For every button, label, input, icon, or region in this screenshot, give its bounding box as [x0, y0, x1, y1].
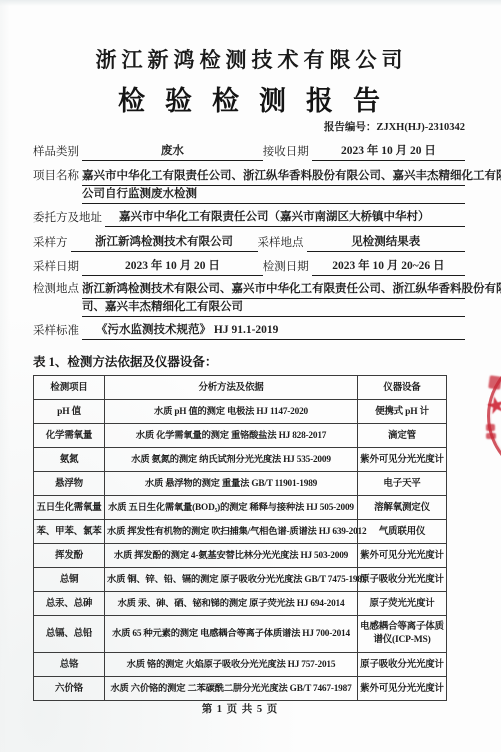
sampling-standard-label: 采样标准 — [33, 323, 82, 340]
table-row: 悬浮物水质 悬浮物的测定 重量法 GB/T 11901-1989电子天平 — [34, 472, 447, 496]
field-row-test-site: 检测地点 浙江新鸿检测技术有限公司、嘉兴市中华化工有限责任公司、浙江纵华香料股份… — [33, 281, 465, 317]
equipment: 便携式 pH 计 — [358, 400, 447, 424]
test-item: 总铬 — [34, 653, 105, 677]
table-row: 挥发酚水质 挥发酚的测定 4-氨基安替比林分光光度法 HJ 503-2009紫外… — [34, 544, 447, 568]
project-name-label: 项目名称 — [33, 168, 82, 185]
test-item: 化学需氧量 — [34, 424, 105, 448]
seal-text-blur — [486, 424, 495, 431]
page-footer: 第 1 页 共 5 页 — [0, 701, 480, 716]
test-site-line1: 浙江新鸿检测技术有限公司、嘉兴市中华化工有限责任公司、浙江纵华香料股份有限公 — [82, 281, 465, 299]
table-header-row: 检测项目 分析方法及依据 仪器设备 — [34, 376, 447, 400]
method-basis: 水质 pH 值的测定 电极法 HJ 1147-2020 — [105, 400, 358, 424]
table-row: 总汞、总砷水质 汞、砷、硒、铋和锑的测定 原子荧光法 HJ 694-2014原子… — [34, 592, 447, 616]
sampler-label: 采样方 — [33, 235, 71, 252]
table-row: 总铜水质 铜、锌、铅、镉的测定 原子吸收分光光度法 GB/T 7475-1987… — [34, 568, 447, 592]
test-item: 五日生化需氧量 — [34, 496, 105, 520]
equipment: 原子吸收分光光度计 — [358, 568, 447, 592]
project-name-line2: 公司自行监测废水检测 — [82, 186, 465, 204]
methods-equipment-table: 检测项目 分析方法及依据 仪器设备 pH 值水质 pH 值的测定 电极法 HJ … — [33, 375, 447, 701]
equipment: 电子天平 — [358, 472, 447, 496]
method-basis: 水质 化学需氧量的测定 重铬酸盐法 HJ 828-2017 — [105, 424, 358, 448]
test-item: pH 值 — [34, 400, 105, 424]
equipment: 电感耦合等离子体质谱仪(ICP-MS) — [358, 616, 447, 653]
method-basis: 水质 五日生化需氧量(BOD₅)的测定 稀释与接种法 HJ 505-2009 — [105, 496, 358, 520]
receive-date-label: 接收日期 — [263, 144, 312, 161]
project-name-value: 嘉兴市中华化工有限责任公司、浙江纵华香料股份有限公司、嘉兴丰杰精细化工有限 公司… — [82, 168, 465, 204]
seal-text-blur — [488, 375, 501, 390]
project-name-line1: 嘉兴市中华化工有限责任公司、浙江纵华香料股份有限公司、嘉兴丰杰精细化工有限 — [82, 168, 465, 186]
equipment: 紫外可见分光光度计 — [358, 544, 447, 568]
client-value: 嘉兴市中华化工有限责任公司（嘉兴市南湖区大桥镇中华村） — [105, 209, 465, 227]
report-number-line: 报告编号：ZJXH(HJ)-2310342 — [33, 119, 465, 134]
table-row: 苯、甲苯、氯苯水质 挥发性有机物的测定 吹扫捕集/气相色谱-质谱法 HJ 639… — [34, 520, 447, 544]
test-item: 挥发酚 — [34, 544, 105, 568]
equipment: 溶解氧测定仪 — [358, 496, 447, 520]
header-test-item: 检测项目 — [34, 376, 105, 400]
client-label: 委托方及地址 — [33, 210, 105, 227]
test-date-label: 检测日期 — [263, 259, 312, 276]
equipment: 原子吸收分光光度计 — [358, 653, 447, 677]
header-equipment: 仪器设备 — [358, 376, 447, 400]
table1-caption: 表 1、检测方法依据及仪器设备： — [33, 352, 465, 370]
report-number-label: 报告编号： — [324, 122, 377, 133]
sampling-standard-value: 《污水监测技术规范》 HJ 91.1-2019 — [82, 322, 465, 340]
test-item: 六价铬 — [34, 677, 105, 701]
company-name: 浙江新鸿检测技术有限公司 — [33, 44, 465, 74]
equipment: 紫外可见分光光度计 — [358, 677, 447, 701]
scanned-report-page: 浙江新鸿检测技术有限公司 检验检测报告 报告编号：ZJXH(HJ)-231034… — [0, 0, 501, 752]
official-seal-partial: ★ — [480, 348, 501, 483]
sampler-value: 浙江新鸿检测技术有限公司 — [71, 234, 258, 252]
table-row: 化学需氧量水质 化学需氧量的测定 重铬酸盐法 HJ 828-2017滴定管 — [34, 424, 447, 448]
method-basis: 水质 悬浮物的测定 重量法 GB/T 11901-1989 — [105, 472, 358, 496]
header-method: 分析方法及依据 — [105, 376, 358, 400]
equipment: 紫外可见分光光度计 — [358, 448, 447, 472]
field-row-sample-type: 样品类别 废水 接收日期 2023 年 10 月 20 日 — [33, 143, 465, 161]
field-row-sampler: 采样方 浙江新鸿检测技术有限公司 采样地点 见检测结果表 — [33, 234, 465, 252]
test-item: 总铜 — [34, 568, 105, 592]
field-row-dates: 采样日期 2023 年 10 月 20 日 检测日期 2023 年 10 月 2… — [33, 258, 465, 276]
table-row: 氨氮水质 氨氮的测定 纳氏试剂分光光度法 HJ 535-2009紫外可见分光光度… — [34, 448, 447, 472]
test-site-value: 浙江新鸿检测技术有限公司、嘉兴市中华化工有限责任公司、浙江纵华香料股份有限公 司… — [82, 281, 465, 317]
receive-date-value: 2023 年 10 月 20 日 — [312, 143, 465, 161]
method-basis: 水质 氨氮的测定 纳氏试剂分光光度法 HJ 535-2009 — [105, 448, 358, 472]
sample-type-label: 样品类别 — [33, 144, 82, 161]
report-number-value: ZJXH(HJ)-2310342 — [376, 122, 465, 133]
seal-text-blur — [486, 433, 496, 439]
method-basis: 水质 65 种元素的测定 电感耦合等离子体质谱法 HJ 700-2014 — [105, 616, 358, 653]
table-row: 总铬水质 铬的测定 火焰原子吸收分光光度法 HJ 757-2015原子吸收分光光… — [34, 653, 447, 677]
equipment: 滴定管 — [358, 424, 447, 448]
sampling-site-value: 见检测结果表 — [307, 234, 465, 252]
field-row-sampling-standard: 采样标准 《污水监测技术规范》 HJ 91.1-2019 — [33, 322, 465, 340]
report-title: 检验检测报告 — [33, 79, 465, 118]
test-item: 总镉、总铅 — [34, 616, 105, 653]
method-basis: 水质 铬的测定 火焰原子吸收分光光度法 HJ 757-2015 — [105, 653, 358, 677]
test-item: 总汞、总砷 — [34, 592, 105, 616]
field-row-client: 委托方及地址 嘉兴市中华化工有限责任公司（嘉兴市南湖区大桥镇中华村） — [33, 209, 465, 227]
sampling-site-label: 采样地点 — [258, 235, 307, 252]
table-row: pH 值水质 pH 值的测定 电极法 HJ 1147-2020便携式 pH 计 — [34, 400, 447, 424]
equipment: 气质联用仪 — [358, 520, 447, 544]
test-item: 悬浮物 — [34, 472, 105, 496]
table-row: 五日生化需氧量水质 五日生化需氧量(BOD₅)的测定 稀释与接种法 HJ 505… — [34, 496, 447, 520]
table-row: 六价铬水质 六价铬的测定 二苯碳酰二肼分光光度法 GB/T 7467-1987紫… — [34, 677, 447, 701]
test-item: 苯、甲苯、氯苯 — [34, 520, 105, 544]
test-site-line2: 司、嘉兴丰杰精细化工有限公司 — [82, 299, 465, 317]
method-basis: 水质 铜、锌、铅、镉的测定 原子吸收分光光度法 GB/T 7475-1987 — [105, 568, 358, 592]
method-basis: 水质 汞、砷、硒、铋和锑的测定 原子荧光法 HJ 694-2014 — [105, 592, 358, 616]
method-basis: 水质 挥发性有机物的测定 吹扫捕集/气相色谱-质谱法 HJ 639-2012 — [105, 520, 358, 544]
table-row: 总镉、总铅水质 65 种元素的测定 电感耦合等离子体质谱法 HJ 700-201… — [34, 616, 447, 653]
sampling-date-value: 2023 年 10 月 20 日 — [82, 258, 263, 276]
test-date-value: 2023 年 10 月 20~26 日 — [312, 258, 465, 276]
test-item: 氨氮 — [34, 448, 105, 472]
equipment: 原子荧光光度计 — [358, 592, 447, 616]
method-basis: 水质 挥发酚的测定 4-氨基安替比林分光光度法 HJ 503-2009 — [105, 544, 358, 568]
sampling-date-label: 采样日期 — [33, 259, 82, 276]
sample-type-value: 废水 — [82, 143, 263, 161]
test-site-label: 检测地点 — [33, 281, 82, 298]
report-fields: 样品类别 废水 接收日期 2023 年 10 月 20 日 项目名称 嘉兴市中华… — [33, 143, 465, 340]
method-basis: 水质 六价铬的测定 二苯碳酰二肼分光光度法 GB/T 7467-1987 — [105, 677, 358, 701]
field-row-project-name: 项目名称 嘉兴市中华化工有限责任公司、浙江纵华香料股份有限公司、嘉兴丰杰精细化工… — [33, 168, 465, 204]
